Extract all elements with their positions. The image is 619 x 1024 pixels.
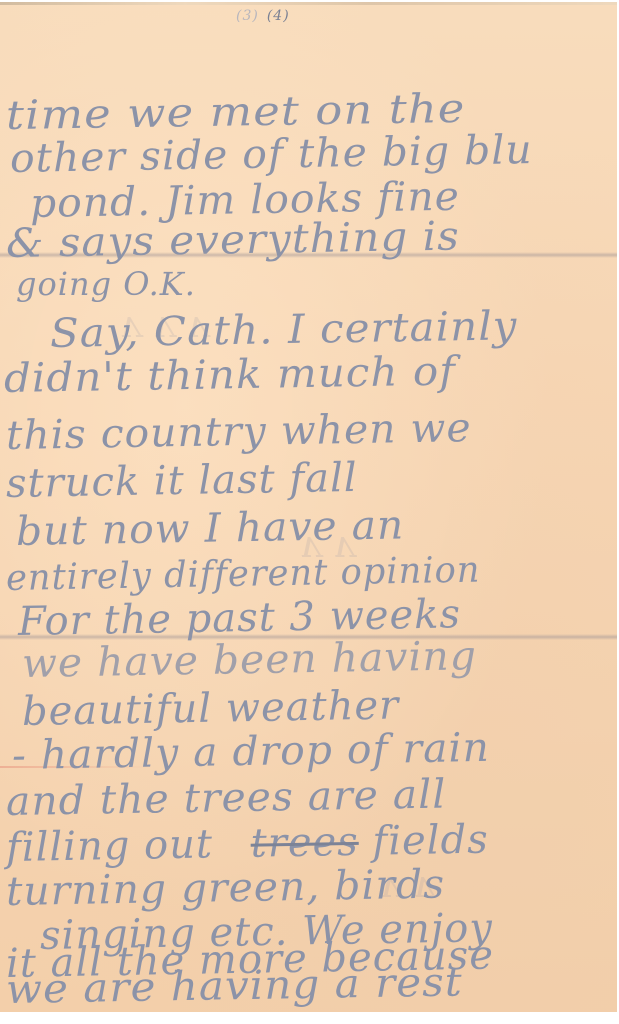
handwritten-line: we are having a rest	[6, 960, 464, 1012]
handwritten-text: filling out	[6, 821, 214, 871]
handwritten-line: - hardly a drop of rain	[12, 726, 491, 778]
letter-page: ᴧ ᴧ ᴧ ᴧ ᴧ ᴧ ᴧ (3)(4) time we met on the …	[0, 2, 617, 1012]
handwritten-line: but now I have an	[16, 503, 405, 554]
handwritten-line: going O.K.	[16, 262, 196, 306]
page-number: (3)(4)	[236, 8, 290, 24]
handwritten-line: struck it last fall	[6, 456, 358, 506]
handwritten-text: fields	[372, 817, 489, 865]
page-number-value: (4)	[267, 8, 290, 24]
handwritten-line: and the trees are all	[6, 772, 447, 824]
paper-top-edge	[0, 2, 617, 5]
handwritten-line: & says everything is	[6, 214, 461, 266]
struck-out-word: trees	[250, 819, 359, 867]
handwritten-line: this country when we	[6, 406, 472, 458]
handwritten-line: didn't think much of	[4, 349, 457, 401]
faint-page-number: (3)	[236, 8, 259, 24]
handwritten-line: we have been having	[22, 634, 478, 686]
